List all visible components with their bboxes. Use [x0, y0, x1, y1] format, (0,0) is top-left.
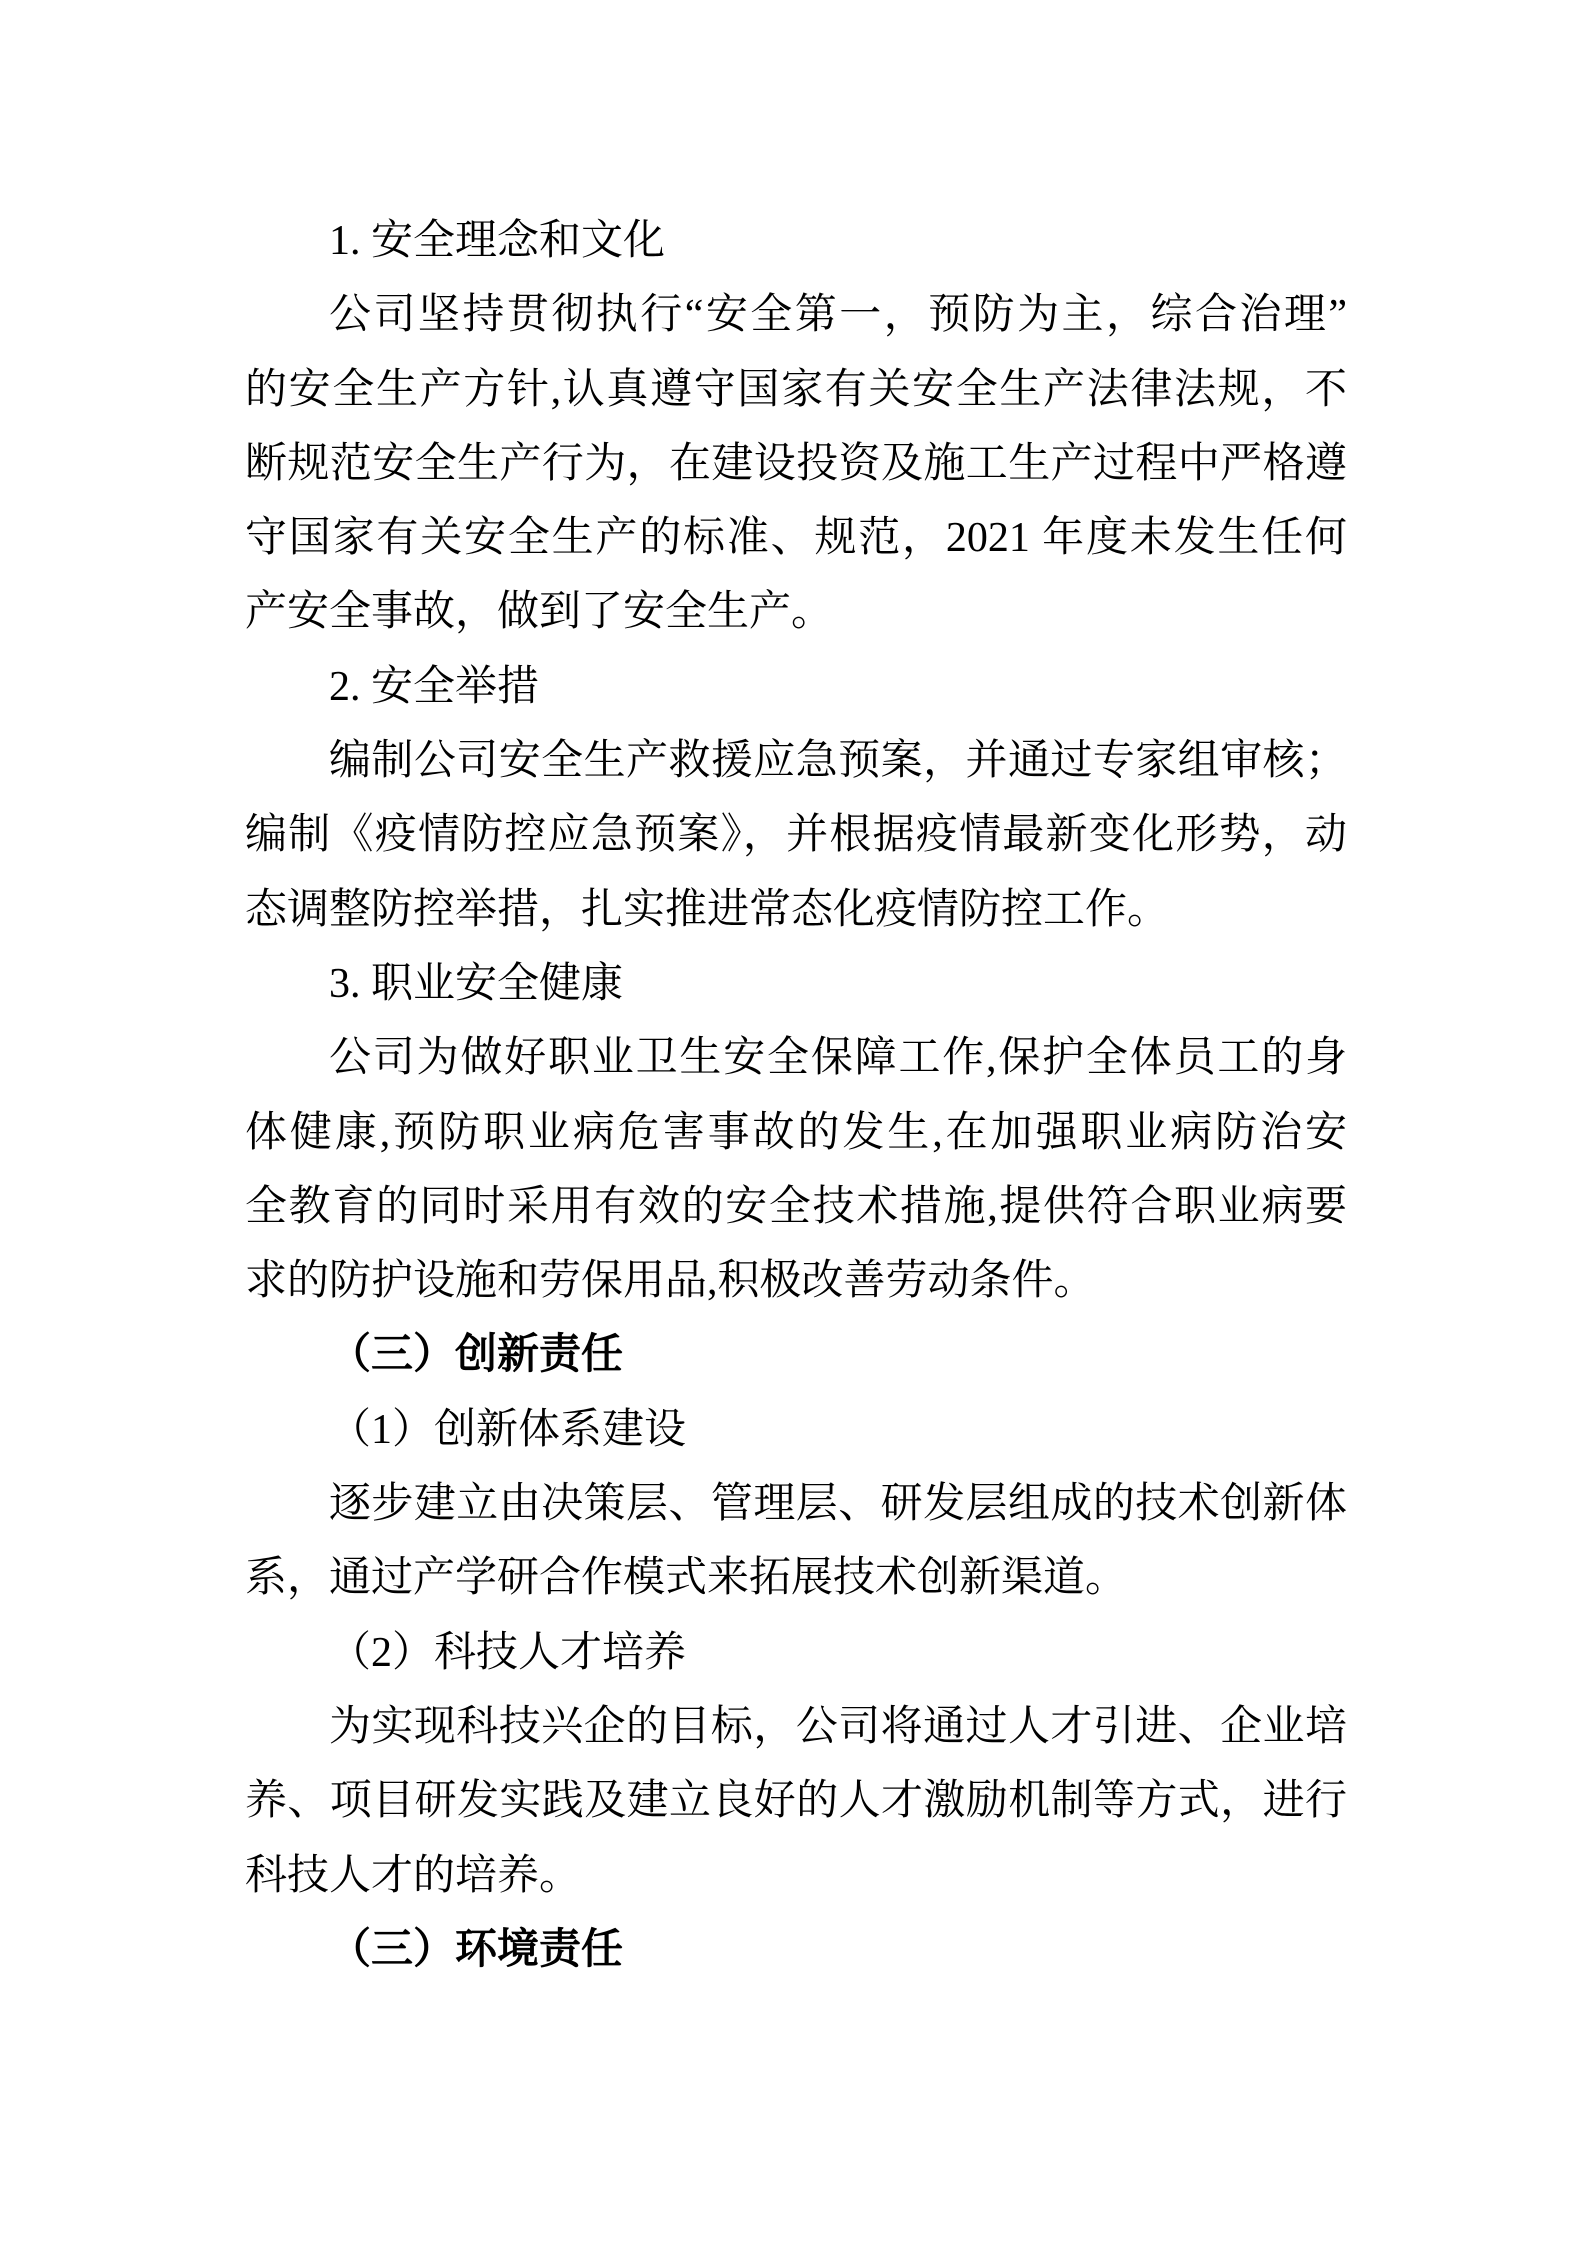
- text-line: 守国家有关安全生产的标准、规范，2021 年度未发生任何生: [245, 501, 1347, 575]
- text-line: 全教育的同时采用有效的安全技术措施,提供符合职业病要: [245, 1170, 1347, 1244]
- text-line: 科技人才的培养。: [245, 1839, 1347, 1913]
- text-line: （2）科技人才培养: [245, 1616, 1347, 1690]
- text-line: 1. 安全理念和文化: [245, 204, 1347, 278]
- text-line: 体健康,预防职业病危害事故的发生,在加强职业病防治安: [245, 1096, 1347, 1170]
- text-line: 编制《疫情防控应急预案》，并根据疫情最新变化形势，动: [245, 798, 1347, 872]
- text-line: 断规范安全生产行为，在建设投资及施工生产过程中严格遵: [245, 427, 1347, 501]
- text-line: 产安全事故，做到了安全生产。: [245, 575, 1347, 649]
- text-line: 的安全生产方针,认真遵守国家有关安全生产法律法规，不: [245, 353, 1347, 427]
- text-line: 养、项目研发实践及建立良好的人才激励机制等方式，进行: [245, 1764, 1347, 1838]
- text-line: 3. 职业安全健康: [245, 947, 1347, 1021]
- text-line: （1）创新体系建设: [245, 1393, 1347, 1467]
- text-line: 态调整防控举措，扎实推进常态化疫情防控工作。: [245, 873, 1347, 947]
- document-text-block: 1. 安全理念和文化公司坚持贯彻执行“安全第一，预防为主，综合治理”的安全生产方…: [245, 204, 1347, 1987]
- section-heading-line: （三）创新责任: [245, 1318, 1347, 1392]
- document-page: 1. 安全理念和文化公司坚持贯彻执行“安全第一，预防为主，综合治理”的安全生产方…: [0, 0, 1587, 2245]
- text-line: 编制公司安全生产救援应急预案，并通过专家组审核；: [245, 724, 1347, 798]
- text-line: 系，通过产学研合作模式来拓展技术创新渠道。: [245, 1541, 1347, 1615]
- text-line: 公司坚持贯彻执行“安全第一，预防为主，综合治理”: [245, 278, 1347, 352]
- text-line: 为实现科技兴企的目标，公司将通过人才引进、企业培: [245, 1690, 1347, 1764]
- text-line: 逐步建立由决策层、管理层、研发层组成的技术创新体: [245, 1467, 1347, 1541]
- text-line: 求的防护设施和劳保用品,积极改善劳动条件。: [245, 1244, 1347, 1318]
- section-heading-line: （三）环境责任: [245, 1913, 1347, 1987]
- text-line: 2. 安全举措: [245, 650, 1347, 724]
- text-line: 公司为做好职业卫生安全保障工作,保护全体员工的身: [245, 1021, 1347, 1095]
